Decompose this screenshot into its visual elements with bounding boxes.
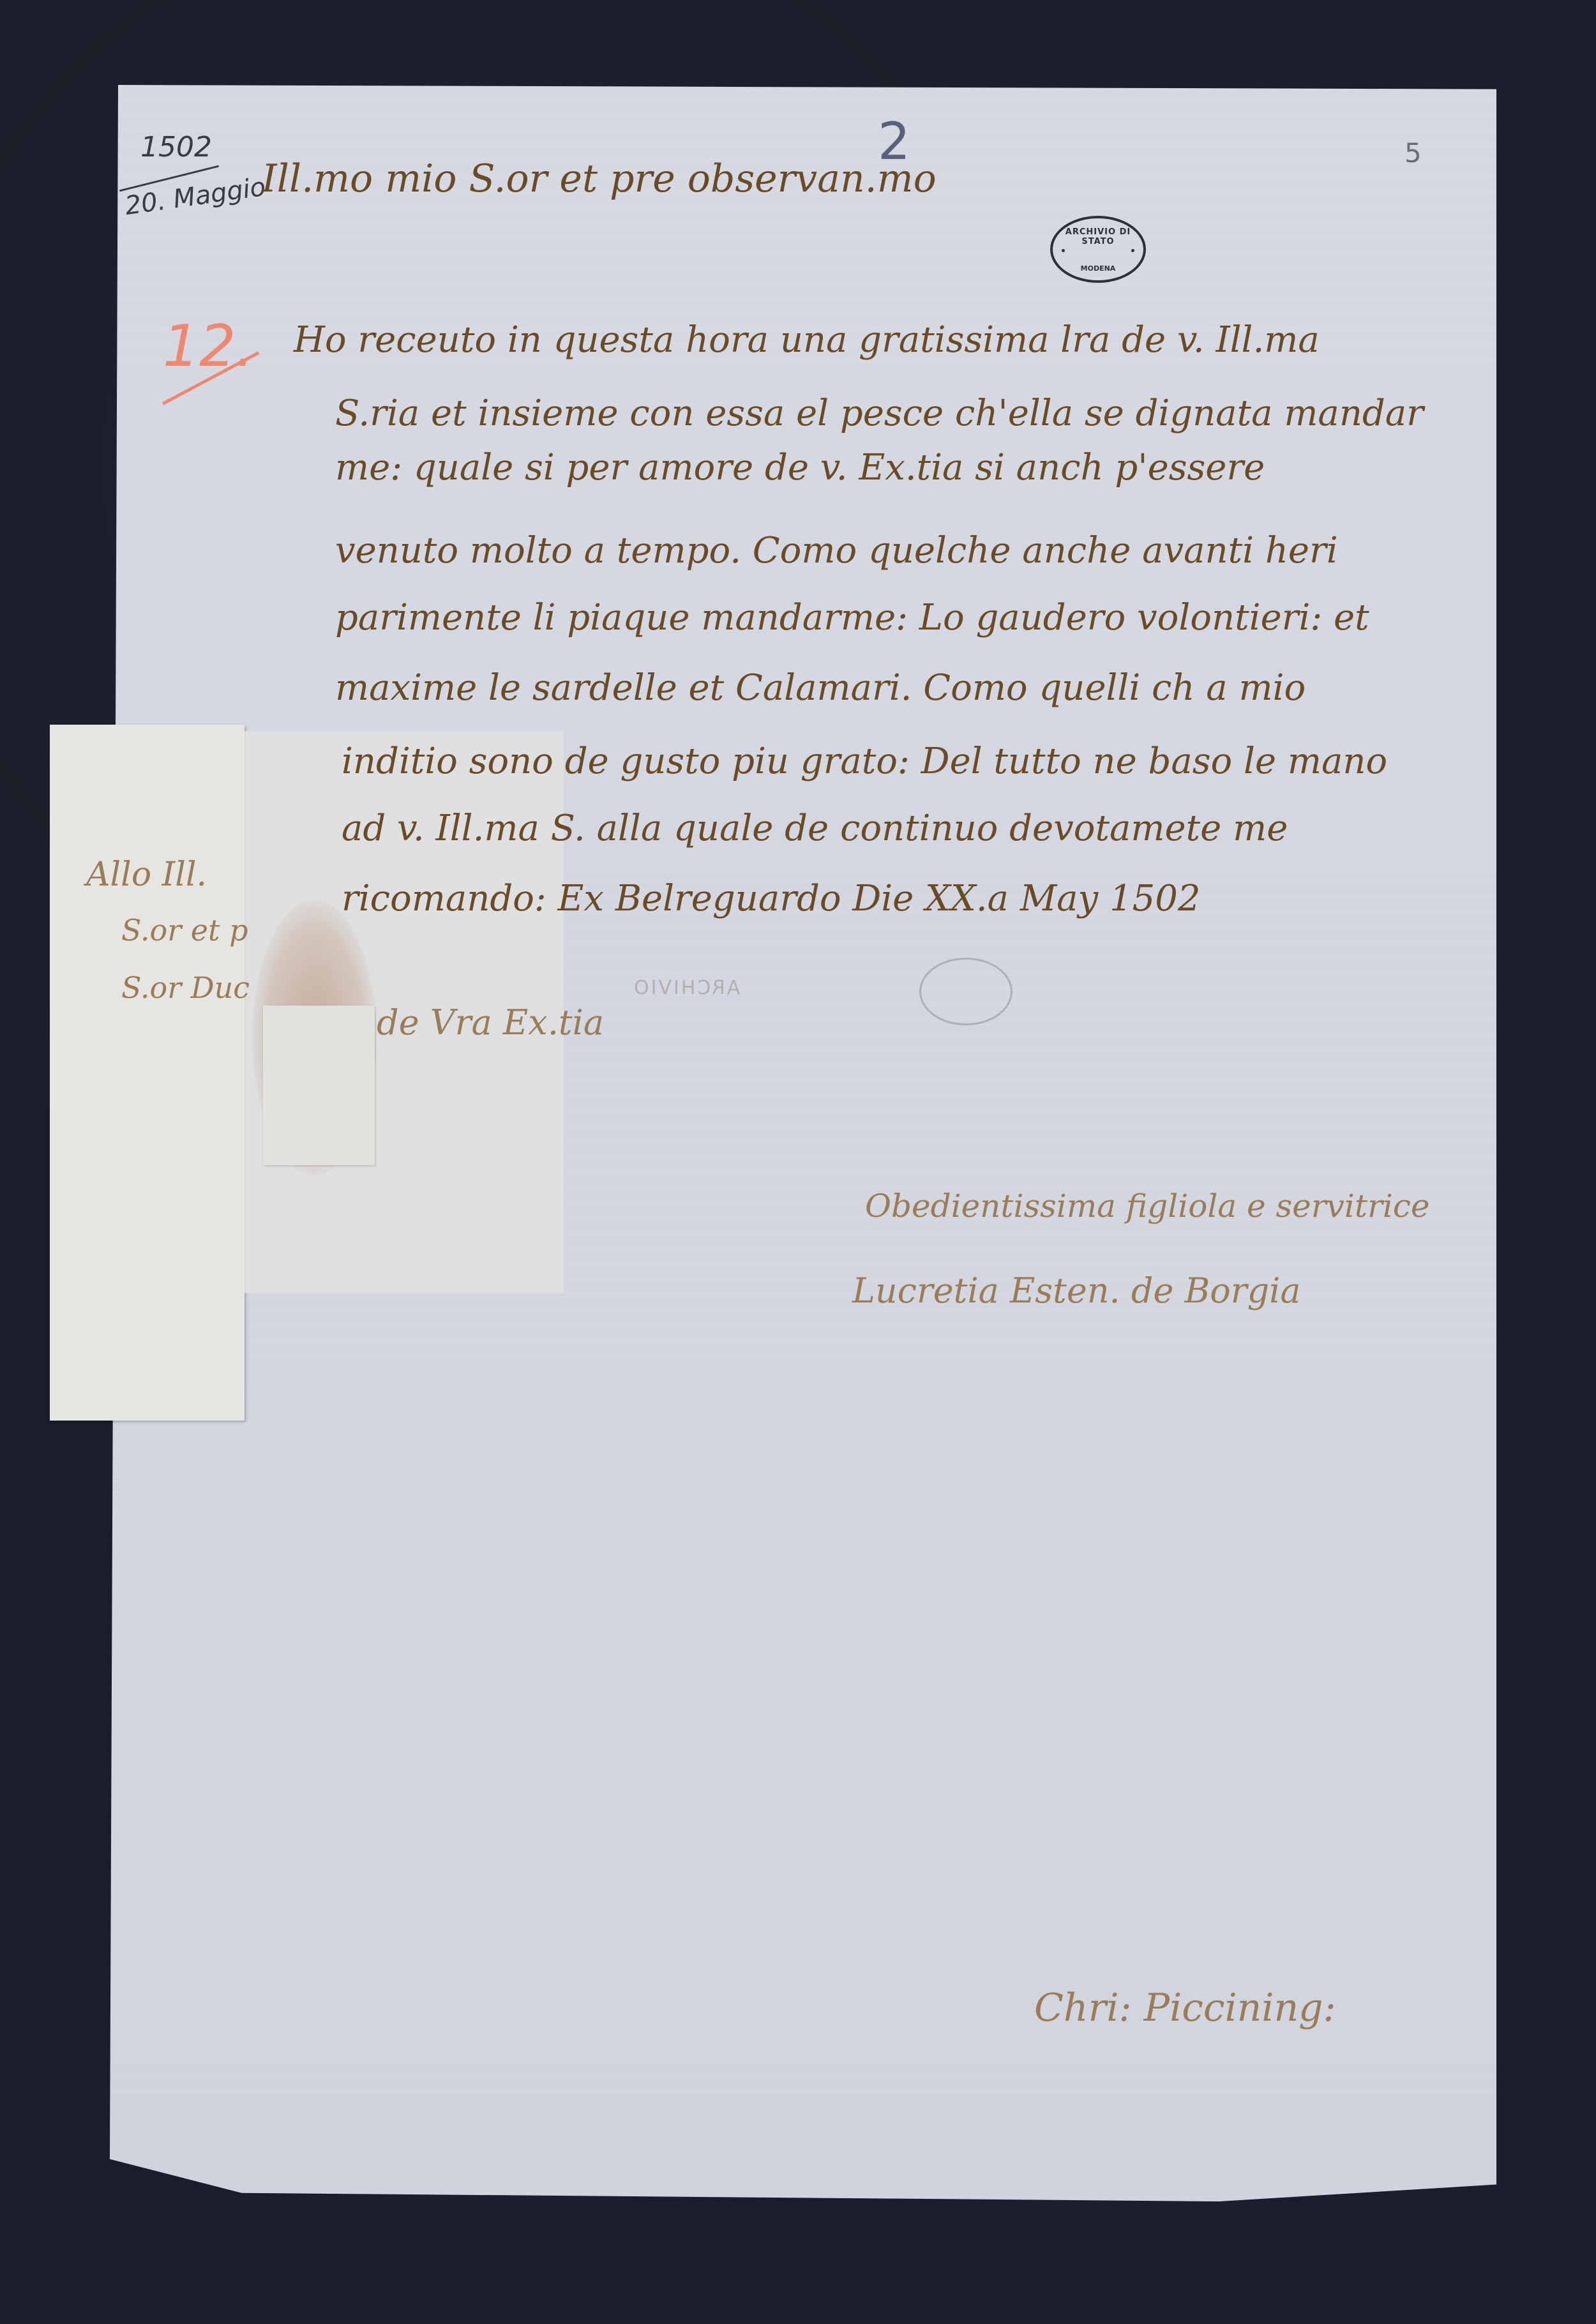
signature-line-2: Lucretia Esten. de Borgia [852,1271,1301,1311]
body-line-6: maxime le sardelle et Calamari. Como que… [335,667,1306,709]
archival-year-note: 1502 [140,131,212,163]
body-line-1: Ho receuto in questa hora una gratissima… [294,319,1320,361]
body-line-8: ad v. Ill.ma S. alla quale de continuo d… [342,808,1288,849]
body-line-7: inditio sono de gusto piu grato: Del tut… [342,741,1387,782]
signature-line-1: Obedientissima figliola e servitrice [865,1188,1429,1225]
archive-stamp-line2: MODENA [1053,264,1143,273]
stamp-dot-icon [1131,249,1134,252]
seal-tab [263,1006,375,1165]
folio-number: 5 [1404,137,1422,169]
archive-stamp-line1: ARCHIVIO DI STATO [1053,227,1143,246]
body-line-9: ricomando: Ex Belreguardo Die XX.a May 1… [342,878,1201,919]
body-line-4: venuto molto a tempo. Como quelche anche… [335,530,1338,571]
bleed-through-stamp [919,958,1013,1025]
address-flap [50,725,245,1421]
flap-address-line-2: S.or et p [121,913,248,947]
closing-line: de Vra Ex.tia [377,1002,604,1043]
body-line-2: S.ria et insieme con essa el pesce ch'el… [335,393,1424,434]
flap-address-line-3: S.or Duc [121,970,250,1005]
stamp-dot-icon [1062,249,1065,252]
secretary-signature: Chri: Piccining: [1034,1986,1336,2030]
body-line-5: parimente li piaque mandarme: Lo gaudero… [335,597,1369,638]
salutation: Ill.mo mio S.or et pre observan.mo [262,156,937,201]
bleed-through-text: ARCHIVIO [632,977,740,999]
body-line-3: me: quale si per amore de v. Ex.tia si a… [335,447,1265,488]
red-item-number: 12. [163,313,254,380]
flap-address-line-1: Allo Ill. [86,856,207,894]
archive-stamp: ARCHIVIO DI STATO MODENA [1050,216,1146,283]
